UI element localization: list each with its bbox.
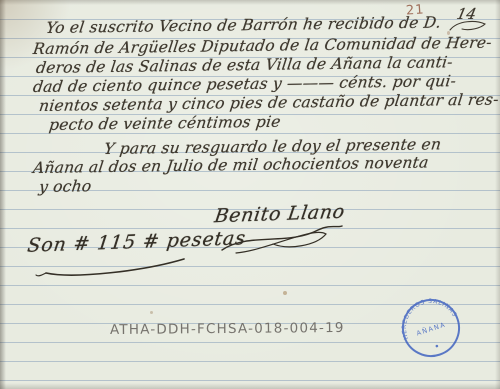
amount-line: Son # 115 # pesetas (26, 227, 247, 257)
folio-number-ink: 14 (455, 5, 478, 23)
paper-speck (150, 311, 153, 314)
stamp-center-text: AÑANA (415, 319, 447, 337)
manuscript-line: Añana al dos en Julio de mil ochocientos… (32, 153, 430, 177)
manuscript-line: pecto de veinte céntimos pie (48, 113, 282, 134)
stamp-bottom-mark (435, 344, 438, 347)
manuscript-line: Yo el suscrito Vecino de Barrón he recib… (45, 13, 442, 37)
signature: Benito Llano (213, 201, 346, 228)
paper-speck (283, 291, 287, 295)
document-page: 21 14 Yo el suscrito Vecino de Barrón he… (0, 0, 500, 389)
reference-code: ATHA-DDH-FCHSA-018-004-19 (110, 320, 345, 338)
manuscript-line: y ocho (38, 177, 93, 196)
archive-stamp: HEREDEROS SALINAS AÑANA (389, 286, 472, 369)
amount-flourish (34, 255, 189, 281)
